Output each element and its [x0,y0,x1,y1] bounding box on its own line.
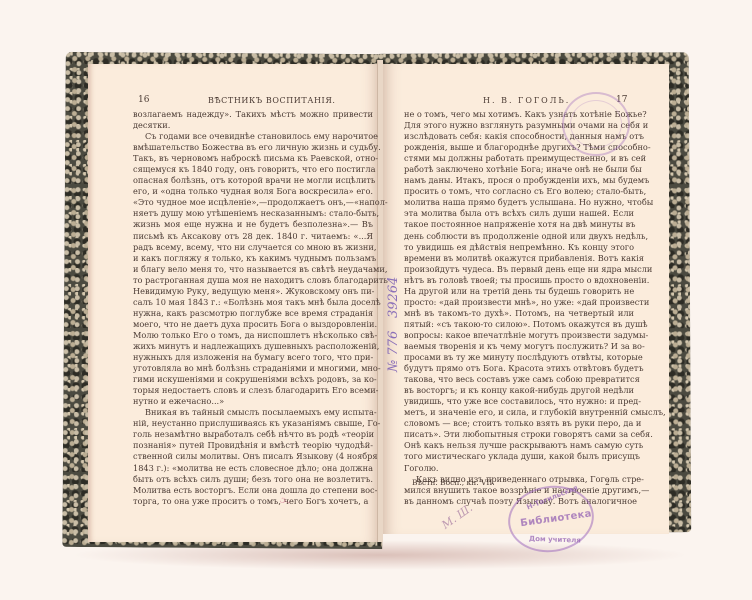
text-line: ній, неустанно прислушиваясь къ указанія… [133,418,373,429]
text-line: быть отъ всѣхъ силъ души; безъ того она … [133,474,373,485]
text-line: вмѣшательство Божества въ его личную жиз… [133,142,373,153]
text-line: эта молитва была отъ всѣхъ силъ души наш… [404,208,634,219]
text-line: радъ всему, всему, что ни случается со м… [133,242,373,253]
left-page-body: возлагаемъ надежду». Такихъ мѣстъ можно … [133,109,373,507]
text-line: и благу вело меня то, что называется въ … [133,264,373,275]
text-line: нѣтъ въ головѣ твоей; ты просишь просто … [404,275,634,286]
text-line: сящемуся къ 1840 году, онъ говоритъ, что… [133,164,373,175]
text-line: въ восторгъ; и къ концу какой-нибудь дру… [404,385,634,396]
text-line: торга, то она уже проситъ о томъ, чего Б… [133,496,373,507]
signature-mark: Вѣстн. Восп., кн. VII. [412,478,495,487]
text-line: мнѣ въ такомъ-то духѣ». Потомъ, на четве… [404,308,634,319]
text-line: десятки. [133,120,373,131]
text-line: Онѣ какъ нельзя лучше раскрываютъ намъ с… [404,440,634,451]
text-line: гими искушеніями и сокрушеніями всѣхъ ро… [133,374,373,385]
signature-number: 2 [605,478,610,487]
right-running-head: Н. В. ГОГОЛЬ. [483,96,570,105]
text-line: просами въ ту же минуту послѣдуютъ отвѣт… [404,352,634,363]
text-line: нужныхъ для изложенія на бумагу всего то… [133,352,373,363]
text-line: Вникая въ тайный смыслъ посылаемыхъ ему … [133,407,373,418]
text-line: 1843 г.): «молитва не есть словесное дѣл… [133,463,373,474]
left-running-head: ВѢСТНИКЪ ВОСПИТАНІЯ. [208,96,336,105]
text-line: день соблюсти въ продолженіе одной или д… [404,231,634,242]
stamp-library: Библиотека [510,508,593,530]
text-line: ственной силы молитвы. Онъ писалъ Языков… [133,451,373,462]
text-line: ваемыя творенія и къ чему могутъ послужи… [404,341,634,352]
text-line: то увидишь ея дѣйствія непремѣнно. Къ ко… [404,242,634,253]
shelf-mark: № 776 [386,331,401,372]
text-line: того мистическаго уклада души, какой был… [404,451,634,462]
text-line: торыя недостаетъ словъ и слезъ благодари… [133,385,373,396]
text-line: увидишь, что уже все составилось, что ну… [404,396,634,407]
text-line: просить о томъ, что согласно съ Его воле… [404,186,634,197]
text-line: письмѣ къ Аксакову отъ 28 дек. 1840 г. ч… [133,231,373,242]
text-line: моего, что не даетъ духа просить Бога о … [133,319,373,330]
text-line: «Это чудное мое исцѣленіе»,—продолжаетъ … [133,197,373,208]
text-line: голь незамѣтно выработалъ себѣ нѣчто въ … [133,429,373,440]
text-line: уготовляла во мнѣ болѣзнь страданіями и … [133,363,373,374]
text-line: Невидимую Руку, ведущую меня». Жуковском… [133,286,373,297]
text-line: На другой или на третій день ты будешь г… [404,286,634,297]
text-line: познанія» путей Провидѣнія и вмѣстѣ теор… [133,440,373,451]
text-line: возлагаемъ надежду». Такихъ мѣстъ можно … [133,109,373,120]
text-line: жихъ минутъ и надлежащихъ душевныхъ расп… [133,341,373,352]
text-line: Гоголю. [404,463,634,474]
text-line: метъ, и значеніе его, и сила, и глубокій… [404,407,634,418]
text-line: Такъ, въ черновомъ наброскѣ письма къ Ра… [133,153,373,164]
text-line: няетъ душу мою утѣшеніемъ несказаннымъ: … [133,208,373,219]
text-line: то растроганная душа моя не находитъ сло… [133,275,373,286]
left-page-number: 16 [138,95,149,105]
text-line: будутъ прямо отъ Бога. Красота этихъ отв… [404,363,634,374]
library-stamp-faded [562,92,630,156]
text-line: такова, что весь составъ уже самъ собою … [404,374,634,385]
text-line: словомъ — все; стоитъ только взять въ ру… [404,418,634,429]
inventory-number: 39264 [386,277,401,318]
text-line: нужна, какъ разсмотрю поглубже все время… [133,308,373,319]
text-line: и какъ погляжу я только, къ какимъ чудны… [133,253,373,264]
stamp-house: Дом учителя [529,535,581,545]
text-line: времени въ молитвѣ окажутся прибавленія.… [404,253,634,264]
text-line: нутно и ежечасно...» [133,396,373,407]
text-line: Молю только Его о томъ, да ниспошлетъ нѣ… [133,330,373,341]
text-line: Молитва есть восторгъ. Если она дошла до… [133,485,373,496]
text-line: молитва наша прямо будетъ услышана. Но н… [404,197,634,208]
text-line: салъ 10 мая 1843 г.: «Болѣзнь моя такъ м… [133,297,373,308]
text-line: опасная болѣзнь, отъ которой врачи не мо… [133,175,373,186]
text-line: пятый: «съ такою-то силою». Потомъ окажу… [404,319,634,330]
text-line: вопросы: какое впечатлѣніе могутъ произв… [404,330,634,341]
text-line: намъ даны. Итакъ, прося о пробужденіи их… [404,175,634,186]
text-line: работѣ заключено хотѣніе Бога; иначе онѣ… [404,164,634,175]
text-line: просто: «дай произвести мнѣ», но уже: «д… [404,297,634,308]
text-line: Съ годами все очевиднѣе становилось ему … [133,131,373,142]
text-line: писать». Эти любопытныя строки говорятъ … [404,429,634,440]
text-line: его, и «одна только чудная воля Бога вос… [133,186,373,197]
text-line: жизнь моя еще нужна и не будетъ безполез… [133,219,373,230]
right-page-body: не о томъ, чего мы хотимъ. Какъ узнать х… [404,109,634,507]
text-line: произойдутъ чудеса. Въ первый день еще н… [404,264,634,275]
text-line: такое постоянное напряженіе хотя на двѣ … [404,219,634,230]
